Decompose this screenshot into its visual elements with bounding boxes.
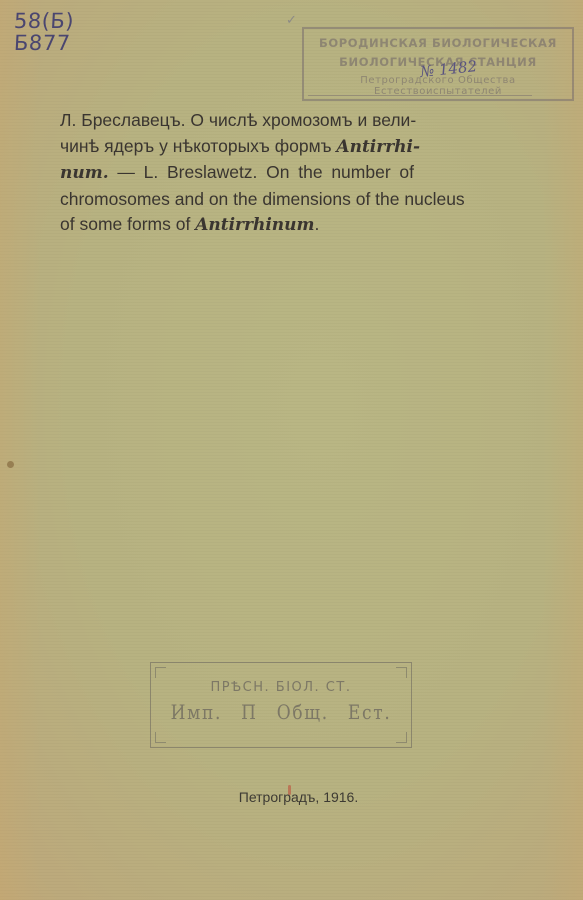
title-line-3: num. — L. Breslawetz. On the number of	[60, 160, 414, 187]
stamp-corner	[155, 732, 166, 743]
stamp-corner	[155, 667, 166, 678]
handwritten-shelfmark: 58(Б) Б877	[14, 10, 74, 54]
genus-name: num.	[60, 163, 109, 183]
title-line-4: chromosomes and on the dimensions of the…	[60, 187, 414, 213]
paper-stain	[7, 461, 14, 468]
check-mark: ✓	[286, 12, 297, 28]
title-line-2: чинѣ ядеръ у нѣкоторыхъ формъ Antirrhi-	[60, 134, 414, 161]
stamp-bottom-line-2: Имп. П Общ. Ест.	[171, 700, 392, 724]
paper-edge-right	[543, 0, 583, 900]
title-line-1: Л. Бреславецъ. О числѣ хромозомъ и вели-	[60, 108, 414, 134]
genus-name: Antirrhi-	[336, 137, 420, 157]
library-stamp-bottom: ПРѢСН. БІОЛ. СТ. Имп. П Общ. Ест.	[150, 662, 412, 748]
shelfmark-line-1: 58(Б)	[13, 10, 74, 32]
imprint-place-year: Петроградъ, 1916.	[0, 789, 583, 805]
stamp-top-line-1: БОРОДИНСКАЯ БИОЛОГИЧЕСКАЯ	[304, 36, 572, 50]
genus-name: Antirrhinum	[195, 215, 314, 235]
title-line-5: of some forms of Antirrhinum.	[60, 212, 414, 239]
paper-edge-left	[0, 0, 40, 900]
stamp-bottom-line-1: ПРѢСН. БІОЛ. СТ.	[151, 680, 411, 695]
title-block: Л. Бреславецъ. О числѣ хромозомъ и вели-…	[60, 108, 414, 239]
shelfmark-line-2: Б877	[13, 32, 74, 54]
stamp-corner	[396, 732, 407, 743]
stamp-rule	[308, 95, 532, 96]
stamp-corner	[396, 667, 407, 678]
